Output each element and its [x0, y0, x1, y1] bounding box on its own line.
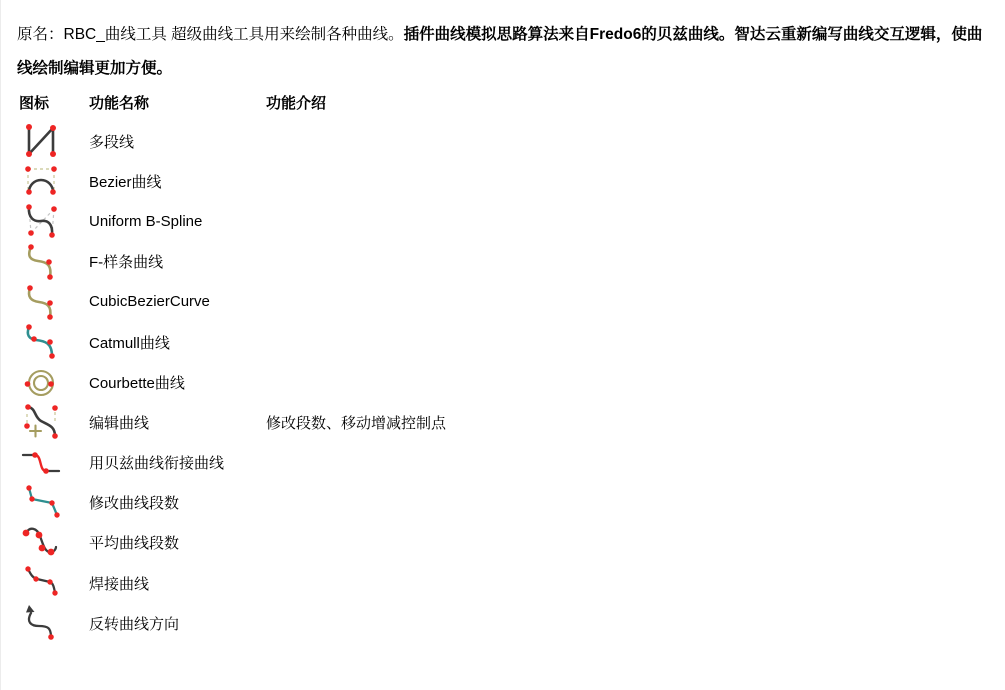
function-name: 用贝兹曲线衔接曲线	[89, 452, 266, 473]
table-row: 反转曲线方向	[19, 603, 826, 643]
cubic-bezier-icon	[21, 282, 61, 322]
uniform-bspline-icon	[21, 201, 61, 241]
function-name: 修改曲线段数	[89, 492, 266, 513]
function-name: 平均曲线段数	[89, 532, 266, 553]
intro-paragraph: 原名：RBC_曲线工具 超级曲线工具用来绘制各种曲线。插件曲线模拟思路算法来自F…	[17, 18, 995, 86]
header-desc-col: 功能介绍	[266, 94, 826, 114]
table-row: 多段线	[19, 121, 826, 161]
table-header: 图标 功能名称 功能介绍	[19, 94, 826, 114]
table-row: Bezier曲线	[19, 161, 826, 201]
header-name-col: 功能名称	[89, 94, 266, 114]
edit-curve-icon	[21, 402, 61, 442]
function-desc: 修改段数、移动增减控制点	[266, 412, 826, 433]
table-row: 焊接曲线	[19, 563, 826, 603]
function-name: CubicBezierCurve	[89, 293, 266, 310]
table-row: CubicBezierCurve	[19, 282, 826, 322]
function-name: Uniform B-Spline	[89, 213, 266, 230]
polyline-icon	[21, 121, 61, 161]
table-row: 平均曲线段数	[19, 523, 826, 563]
bezier-curve-icon	[21, 161, 61, 201]
modify-segments-icon	[21, 483, 61, 523]
table-row: 用贝兹曲线衔接曲线	[19, 443, 826, 483]
function-name: Catmull曲线	[89, 332, 266, 353]
document-page: 原名：RBC_曲线工具 超级曲线工具用来绘制各种曲线。插件曲线模拟思路算法来自F…	[0, 0, 1005, 690]
function-name: Bezier曲线	[89, 171, 266, 192]
bezier-connect-icon	[21, 443, 61, 483]
table-row: Uniform B-Spline	[19, 201, 826, 241]
catmull-icon	[21, 322, 61, 362]
reverse-curve-icon	[21, 603, 61, 643]
function-name: 编辑曲线	[89, 412, 266, 433]
function-name: 焊接曲线	[89, 573, 266, 594]
weld-curve-icon	[21, 563, 61, 603]
table-body: 多段线 Bezier曲线	[19, 121, 826, 643]
courbette-icon	[21, 362, 61, 402]
function-name: F-样条曲线	[89, 251, 266, 272]
table-row: F-样条曲线	[19, 242, 826, 282]
function-name: 多段线	[89, 131, 266, 152]
table-row: 编辑曲线 修改段数、移动增减控制点	[19, 402, 826, 442]
table-row: Catmull曲线	[19, 322, 826, 362]
function-name: Courbette曲线	[89, 372, 266, 393]
intro-normal-text: 原名：RBC_曲线工具 超级曲线工具用来绘制各种曲线。	[17, 26, 404, 43]
average-segments-icon	[21, 523, 61, 563]
table-row: Courbette曲线	[19, 362, 826, 402]
table-row: 修改曲线段数	[19, 483, 826, 523]
header-icon-col: 图标	[19, 94, 89, 114]
f-spline-icon	[21, 242, 61, 282]
function-name: 反转曲线方向	[89, 613, 266, 634]
